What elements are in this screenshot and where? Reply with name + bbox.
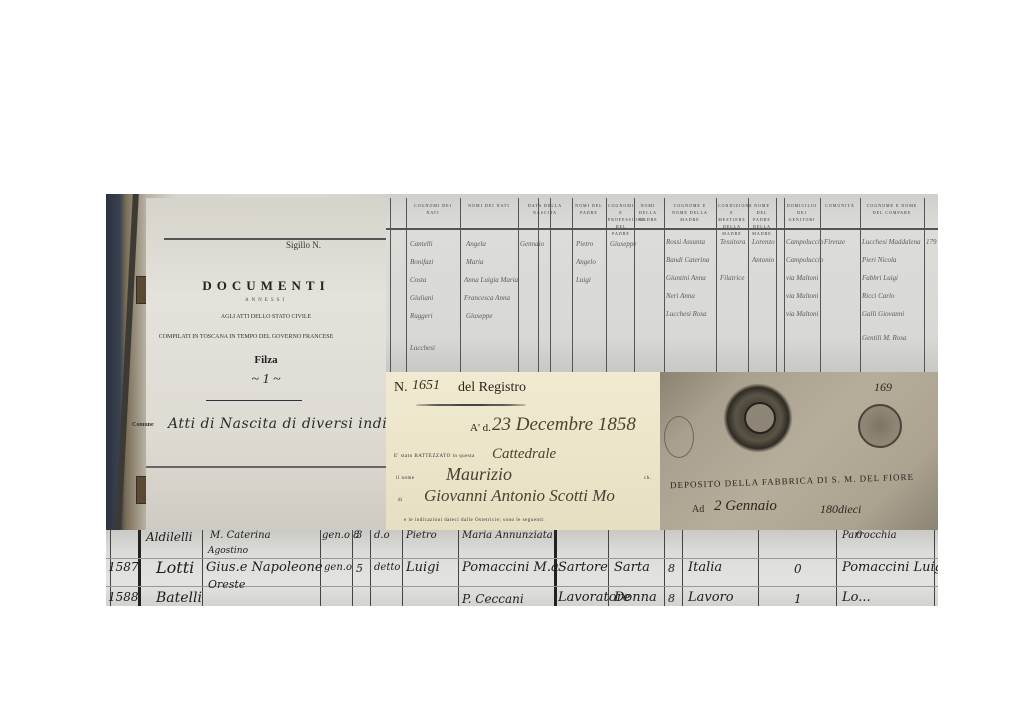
register-cell: Luigi <box>576 276 591 284</box>
strip-cell: Sarta <box>614 560 650 575</box>
register-cell: Galli Giovanni <box>862 310 904 318</box>
strip-cell: Pomaccini M.a <box>462 560 559 575</box>
register-cell: Fabbri Luigi <box>862 274 898 282</box>
nome-label: il nome <box>396 476 415 481</box>
cover-divider <box>146 466 386 468</box>
register-cell: Ricci Carlo <box>862 292 894 300</box>
cover-page-photo: Sigillo N. DOCUMENTI ANNESSI AGLI ATTI D… <box>106 194 386 530</box>
seal-date: 2 Gennaio <box>714 498 777 515</box>
register-cell: Campoluccio <box>786 238 823 246</box>
cover-title: DOCUMENTI <box>146 278 386 294</box>
page-number: 169 <box>874 380 892 395</box>
baptism-record-photo: N. 1651 del Registro A' d. 23 Decembre 1… <box>386 372 660 530</box>
header-nomi: NOMI DEI NATI <box>462 202 516 209</box>
register-cell: Filatrice <box>720 274 745 282</box>
strip-cell: Gius.e Napoleone <box>206 560 323 575</box>
register-cell: Giuntini Anna <box>666 274 706 282</box>
register-cell: Anna Luigia Maria <box>464 276 518 284</box>
header-data: DATA DELLA NASCITA <box>520 202 570 216</box>
strip-cell: Aldilelli <box>146 530 192 544</box>
register-cell: Angelo <box>576 258 596 266</box>
strip-cell: 0 <box>794 562 802 576</box>
register-cell: Firenze <box>824 238 845 246</box>
register-cell: Lorenzo <box>752 238 775 246</box>
register-cell: Ruggeri <box>410 312 433 320</box>
register-cell: Neri Anna <box>666 292 695 300</box>
register-cell: Cantelli <box>410 240 433 248</box>
battezzato-label: E' stato BATTEZZATO in questa <box>394 454 475 459</box>
strip-cell: Maria Annunziata <box>462 530 553 541</box>
filza-label: Filza <box>146 354 386 366</box>
nome-suffix: ch. <box>644 476 651 481</box>
strip-cell: 1 <box>794 592 802 606</box>
register-cell: Lucchesi Maddalena <box>862 238 921 246</box>
header-compare: COGNOME E NOME DEL COMPARE <box>862 202 922 216</box>
stamp-icon <box>664 416 694 458</box>
register-cell: Costa <box>410 276 426 284</box>
register-cell: Gennaio <box>520 240 544 248</box>
strip-cell: gen.o 8 <box>322 530 360 541</box>
cover-subtitle: ANNESSI <box>146 298 386 303</box>
strip-cell: d.o <box>374 530 390 541</box>
register-cell: Giuseppe <box>466 312 492 320</box>
register-cell: via Maltoni <box>786 292 818 300</box>
registro-rule <box>416 404 526 406</box>
register-cell: Tessitora <box>720 238 745 246</box>
strip-cell: M. Caterina <box>210 530 271 541</box>
date-prefix: A' d. <box>470 422 491 434</box>
strip-cell: Pietro <box>406 530 437 541</box>
document-collage: Sigillo N. DOCUMENTI ANNESSI AGLI ATTI D… <box>106 194 938 606</box>
seal-year: 180dieci <box>820 502 861 517</box>
strip-cell: Italia <box>688 560 722 575</box>
comune-label: Comune <box>132 422 154 428</box>
eagle-icon <box>744 402 776 434</box>
strip-cell: 5 <box>356 562 363 575</box>
strip-cell: 1588 <box>108 590 139 604</box>
register-cell: Bonifazi <box>410 258 433 266</box>
seal-date-prefix: Ad <box>692 504 704 515</box>
strip-cell: P. Ceccani <box>462 592 524 606</box>
strip-cell: 8 <box>668 562 675 575</box>
handwritten-register-strip-photo: Aldilelli M. Caterina gen.o 8 3 d.o Piet… <box>106 530 938 606</box>
register-cell: Lucchesi <box>410 344 435 352</box>
strip-cell: Parrocchia <box>842 530 897 541</box>
padre-label: di <box>398 498 403 503</box>
register-cell: Angela <box>466 240 486 248</box>
record-no-value: 1651 <box>412 378 440 394</box>
register-cell: Francesca Anna <box>464 294 510 302</box>
register-cell: Campoluccio <box>786 256 823 264</box>
strip-cell: Agostino <box>208 546 248 556</box>
strip-cell: detto <box>374 562 400 573</box>
cover-line-1: AGLI ATTI DELLO STATO CIVILE <box>146 314 386 320</box>
birth-register-left-photo: COGNOMI DEI NATI NOMI DEI NATI DATA DELL… <box>386 194 660 372</box>
strip-cell: Lotti <box>156 558 194 577</box>
header-cognomi: COGNOMI DEI NATI <box>408 202 458 216</box>
register-cell: via Maltoni <box>786 310 818 318</box>
register-cell: Pieri Nicola <box>862 256 896 264</box>
strip-cell: Luigi <box>406 560 440 575</box>
filza-number: ~ 1 ~ <box>146 372 386 388</box>
register-cell: 179 <box>926 238 937 246</box>
header-domicilio: DOMICILIO DEI GENITORI <box>786 202 818 223</box>
strip-cell: Pomaccini Luig <box>842 560 938 575</box>
cover-line-2: COMPILATI IN TOSCANA IN TEMPO DEL GOVERN… <box>106 334 386 340</box>
baptism-date: 23 Decembre 1858 <box>492 414 636 436</box>
strip-cell: Sartore <box>558 560 608 575</box>
record-no-label: N. <box>394 380 408 396</box>
register-cell: Rossi Assunta <box>666 238 705 246</box>
footer-line: e le indicazioni dateci dalle Ostetricie… <box>404 518 545 523</box>
register-cell: Lucchesi Rosa <box>666 310 707 318</box>
nome-value: Maurizio <box>446 464 512 485</box>
register-cell: Gentili M. Rosa <box>862 334 907 342</box>
header-madre: NOMI DELLA MADRE <box>636 202 660 223</box>
strip-cell: Donna <box>614 590 657 605</box>
register-cell: via Maltoni <box>786 274 818 282</box>
sigillo-label: Sigillo N. <box>286 240 321 250</box>
seal-document-photo: 169 DEPOSITO DELLA FABBRICA DI S. M. DEL… <box>660 372 938 530</box>
strip-cell: 3 <box>356 530 362 541</box>
strip-cell: 8 <box>668 592 675 605</box>
strip-cell: 1587 <box>108 560 139 574</box>
header-padre-madre: NOME DEL PADRE DELLA MADRE <box>750 202 774 237</box>
cover-rule <box>206 400 302 401</box>
header-comunita: COMUNITÀ <box>822 202 858 209</box>
registro-label: del Registro <box>458 380 526 396</box>
battezzato-value: Cattedrale <box>492 446 556 463</box>
header-professione: COGNOMI E PROFESSIONE DEL PADRE <box>608 202 634 237</box>
register-cell: Maria <box>466 258 484 266</box>
strip-cell: Lo... <box>842 590 871 605</box>
register-cell: Bandi Caterina <box>666 256 709 264</box>
comune-value: Atti di Nascita di diversi individui <box>168 416 386 432</box>
stamp-icon <box>858 404 902 448</box>
register-cell: Antonio <box>752 256 774 264</box>
register-cell: Giuliani <box>410 294 433 302</box>
strip-cell: Oreste <box>208 578 245 591</box>
strip-cell: gen.o <box>324 562 352 573</box>
imperial-eagle-emblem-icon <box>722 382 794 454</box>
birth-register-right-photo: COGNOME E NOME DELLA MADRE CONDIZIONE E … <box>660 194 938 372</box>
header-padre: NOMI DEL PADRE <box>574 202 604 216</box>
register-cell: Giuseppe <box>610 240 636 248</box>
seal-caption: DEPOSITO DELLA FABBRICA DI S. M. DEL FIO… <box>670 472 914 491</box>
header-madre-nome: COGNOME E NOME DELLA MADRE <box>666 202 714 223</box>
strip-cell: Lavoro <box>688 590 734 605</box>
register-cell: Pietro <box>576 240 593 248</box>
strip-cell: Batelli <box>156 590 202 606</box>
header-condizione: CONDIZIONE E MESTIERE DELLA MADRE <box>718 202 746 237</box>
padre-value: Giovanni Antonio Scotti Mo <box>424 486 615 506</box>
